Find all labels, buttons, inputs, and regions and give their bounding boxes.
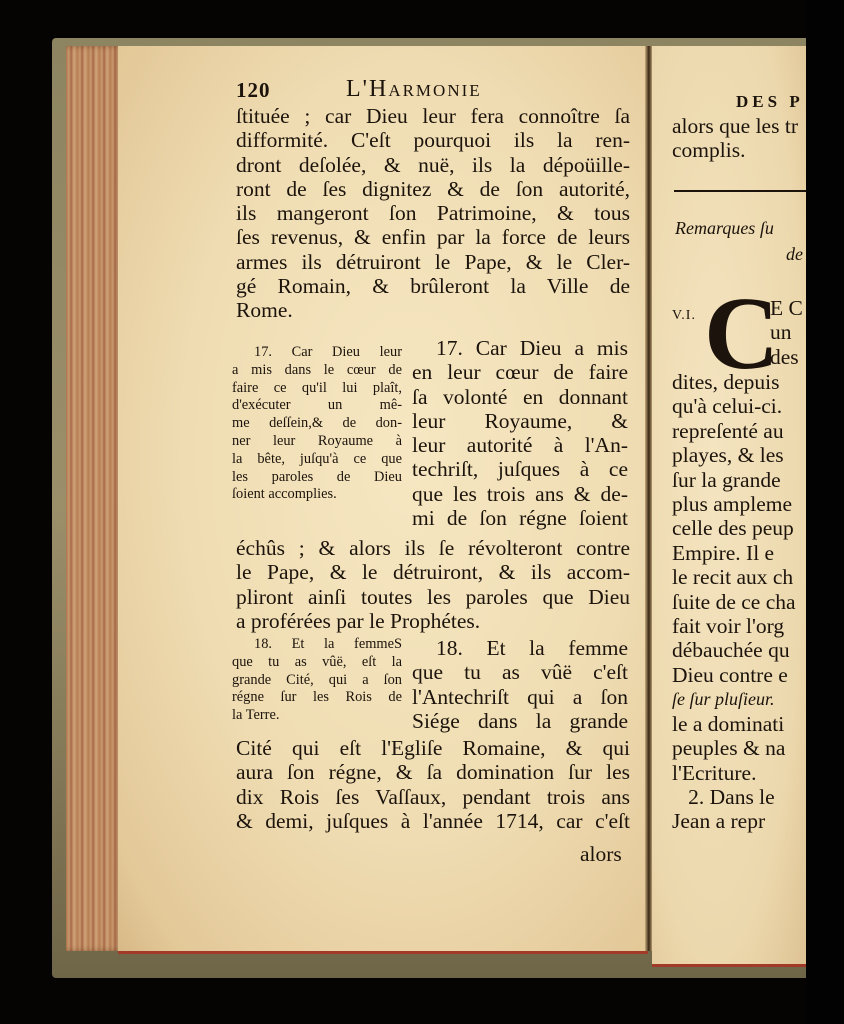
gloss-line: faire ce qu'il lui plaît, (232, 380, 402, 398)
verse-label: V.I. (672, 308, 696, 324)
verse-line: leur autorité à l'An- (412, 433, 628, 457)
gloss-line: me deſſein,& de don- (232, 415, 402, 433)
gloss-line: a mis dans le cœur de (232, 362, 402, 380)
page-edges (66, 46, 122, 951)
section-divider (674, 190, 814, 192)
drop-cap-lines: E C un des (770, 296, 803, 369)
text-line: Dieu contre e (672, 663, 796, 687)
text-line: le a dominati (672, 712, 796, 736)
text-line: a proférées par le Prophétes. (236, 609, 630, 633)
verse-line: 18. Et la femme (412, 636, 628, 660)
text-line: Empire. Il e (672, 541, 796, 565)
text-line: difformité. C'eſt pourquoi ils la ren- (236, 128, 630, 152)
text-line: un (770, 320, 803, 344)
verse-18: 18. Et la femme que tu as vûë c'eſt l'An… (412, 636, 628, 733)
verse-line: que les trois ans & de- (412, 482, 628, 506)
verse-line: ſa volonté en donnant (412, 385, 628, 409)
page-number: 120 (236, 78, 271, 103)
text-line: plus ampleme (672, 492, 796, 516)
text-line: Rome. (236, 298, 630, 322)
text-line: ils mangeront ſon Patrimoine, & tous (236, 201, 630, 225)
text-line: le recit aux ch (672, 565, 796, 589)
gloss-line: la bête, juſqu'à ce que (232, 451, 402, 469)
gloss-verse-18: 18. Et la femmeS que tu as vûë, eſt la g… (232, 636, 402, 725)
verse-line: Siége dans la grande (412, 709, 628, 733)
text-line: armes ils détruiront le Pape, & le Cler- (236, 250, 630, 274)
gloss-line: 17. Car Dieu leur (232, 344, 402, 362)
verse-line: 17. Car Dieu a mis (412, 336, 628, 360)
remarks-heading: Remarques ſu (675, 218, 774, 239)
text-line: playes, & les (672, 443, 796, 467)
text-line: E C (770, 296, 803, 320)
text-line: dront deſolée, & nuë, ils la dépoüille- (236, 153, 630, 177)
text-line: qu'à celui-ci. (672, 394, 796, 418)
gloss-verse-17: 17. Car Dieu leur a mis dans le cœur de … (232, 344, 402, 504)
right-top-text: alors que les tr complis. (672, 114, 798, 163)
text-line: ſuite de ce cha (672, 590, 796, 614)
gloss-line: d'exécuter un mê- (232, 397, 402, 415)
italic-line: ſe ſur pluſieur. (672, 687, 796, 711)
text-line: ſes revenus, & enfin par la force de leu… (236, 225, 630, 249)
running-title: L'Harmonie (346, 76, 482, 103)
text-line: & demi, juſques à l'année 1714, car c'eſ… (236, 809, 630, 833)
gloss-line: grande Cité, qui a ſon (232, 672, 402, 690)
verse-line: que tu as vûë c'eſt (412, 660, 628, 684)
paragraph-block-a: ſtituée ; car Dieu leur fera connoître ſ… (236, 104, 630, 323)
text-line: fait voir l'org (672, 614, 796, 638)
verse-line: l'Antechriſt qui a ſon (412, 685, 628, 709)
verse-17: 17. Car Dieu a mis en leur cœur de faire… (412, 336, 628, 530)
right-main-text: dites, depuis qu'à celui-ci. repreſenté … (672, 370, 796, 834)
background-edge (806, 0, 844, 1024)
verse-line: leur Royaume, & (412, 409, 628, 433)
text-line: échûs ; & alors ils ſe révolteront contr… (236, 536, 630, 560)
text-line: Cité qui eſt l'Egliſe Romaine, & qui (236, 736, 630, 760)
text-line: ſtituée ; car Dieu leur fera connoître ſ… (236, 104, 630, 128)
text-line: le Pape, & le détruiront, & ils accom- (236, 560, 630, 584)
gloss-line: régne ſur les Rois de (232, 689, 402, 707)
text-line: débauchée qu (672, 638, 796, 662)
verse-line: en leur cœur de faire (412, 360, 628, 384)
text-line: Jean a repr (672, 809, 796, 833)
gloss-line: ſoient accomplies. (232, 486, 402, 504)
verse-line: mi de ſon régne ſoient (412, 506, 628, 530)
text-line: aura ſon régne, & ſa domination ſur les (236, 760, 630, 784)
gloss-line: 18. Et la femmeS (232, 636, 402, 654)
text-line: ſur la grande (672, 468, 796, 492)
text-line: alors que les tr (672, 114, 798, 138)
paragraph-block-c: Cité qui eſt l'Egliſe Romaine, & qui aur… (236, 736, 630, 833)
text-line: ront de ſes dignitez & de ſon autorité, (236, 177, 630, 201)
text-line: pliront ainſi toutes les paroles que Die… (236, 585, 630, 609)
text-line: 2. Dans le (672, 785, 796, 809)
text-line: l'Ecriture. (672, 761, 796, 785)
text-line: celle des peup (672, 516, 796, 540)
text-line: complis. (672, 138, 798, 162)
gloss-line: les paroles de Dieu (232, 469, 402, 487)
gloss-line: ner leur Royaume à (232, 433, 402, 451)
text-line: gé Romain, & brûleront la Ville de (236, 274, 630, 298)
text-line: dix Rois ſes Vaſſaux, pendant trois ans (236, 785, 630, 809)
remarks-heading-2: de (786, 244, 803, 265)
text-line: peuples & na (672, 736, 796, 760)
gloss-line: que tu as vûë, eſt la (232, 654, 402, 672)
catchword: alors (580, 842, 622, 867)
text-line: des (770, 345, 803, 369)
gloss-line: la Terre. (232, 707, 402, 725)
paragraph-block-b: échûs ; & alors ils ſe révolteront contr… (236, 536, 630, 633)
text-line: dites, depuis (672, 370, 796, 394)
verse-line: techriſt, juſques à ce (412, 457, 628, 481)
running-head: 120 L'Harmonie (236, 78, 636, 106)
right-running-head: DES P (736, 92, 804, 112)
text-line: repreſenté au (672, 419, 796, 443)
